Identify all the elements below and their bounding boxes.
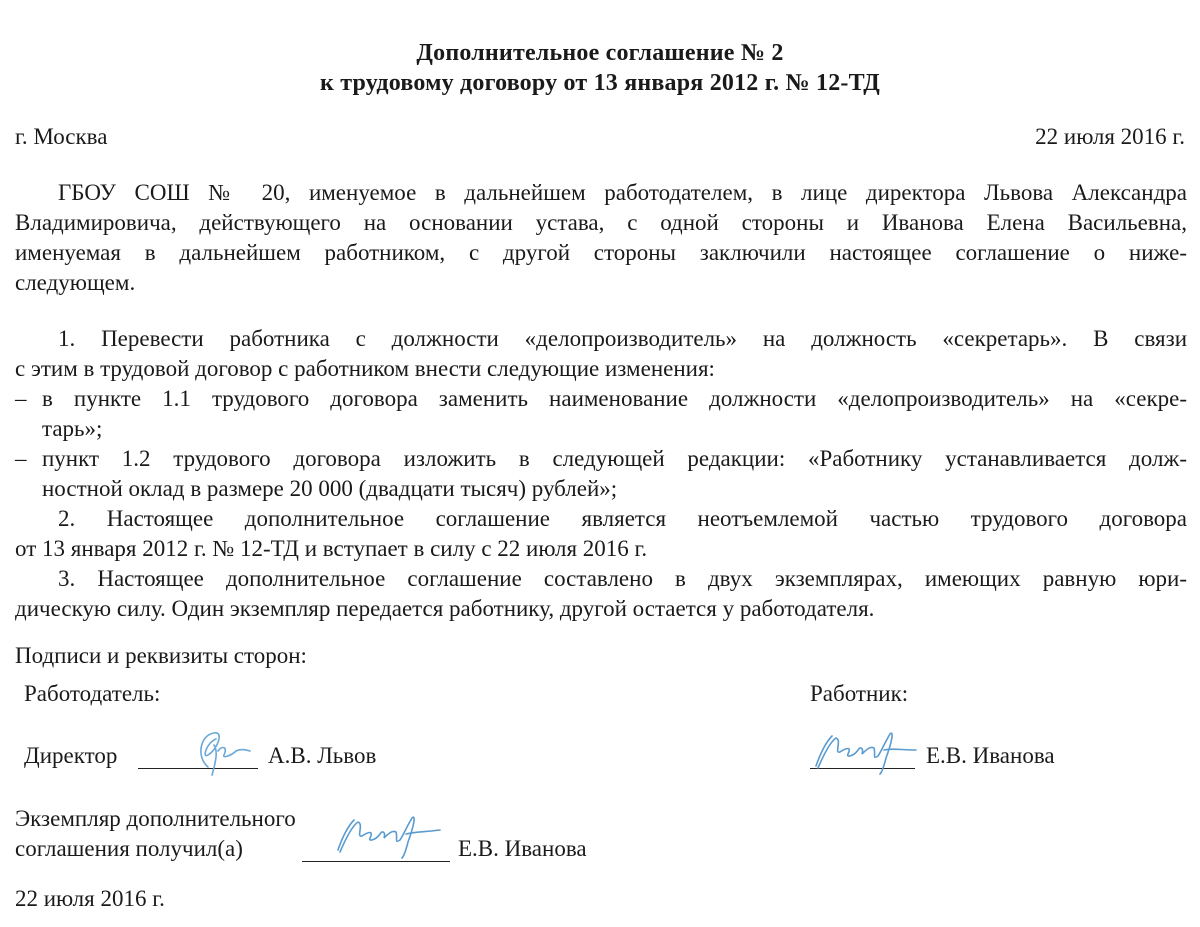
preamble-line: именуемая в дальнейшем работником, с дру… [15,240,1187,266]
employee-signature-icon [812,728,932,778]
preamble-line: Владимировича, действующего на основании… [15,210,1187,236]
signatures-heading: Подписи и реквизиты сторон: [15,643,307,669]
preamble-line: ГБОУ СОШ № 20, именуемое в дальнейшем ра… [58,180,1187,206]
clause-1-bullet-2-cont: ностной оклад в размере 20 000 (двадцати… [42,476,617,502]
copy-received-line2: соглашения получил(а) [15,836,243,862]
copy-received-line1: Экземпляр дополнительного [15,806,296,832]
clause-1-line: 1. Перевести работника с должности «дело… [58,326,1187,352]
employer-signature-icon [178,725,258,780]
employee-label: Работник: [810,681,908,707]
clause-1-bullet-1: в пункте 1.1 трудового договора заменить… [42,386,1187,412]
employer-label: Работодатель: [24,681,160,707]
clause-1-line: с этим в трудовой договор с работником в… [15,356,715,382]
preamble-line: следующем. [15,270,135,296]
clause-2-line: 2. Настоящее дополнительное соглашение я… [58,506,1187,532]
document-title-line2: к трудовому договору от 13 января 2012 г… [0,70,1200,97]
clause-3-line: 3. Настоящее дополнительное соглашение с… [58,566,1187,592]
clause-2-line: от 13 января 2012 г. № 12-ТД и вступает … [15,536,647,562]
clause-1-bullet-1-cont: тарь»; [42,416,102,442]
bullet-dash: – [15,386,27,412]
document-date: 22 июля 2016 г. [1035,124,1185,150]
employer-position: Директор [24,743,117,769]
employee-name: Е.В. Иванова [926,743,1055,769]
document-title-line1: Дополнительное соглашение № 2 [0,40,1200,67]
bullet-dash: – [15,446,27,472]
employer-name: А.В. Львов [268,743,376,769]
city: г. Москва [15,124,107,150]
clause-1-bullet-2: пункт 1.2 трудового договора изложить в … [42,446,1187,472]
copy-signature-icon [332,810,452,862]
clause-3-line: дическую силу. Один экземпляр передается… [15,596,874,622]
copy-received-date: 22 июля 2016 г. [15,886,165,912]
copy-received-name: Е.В. Иванова [458,836,587,862]
